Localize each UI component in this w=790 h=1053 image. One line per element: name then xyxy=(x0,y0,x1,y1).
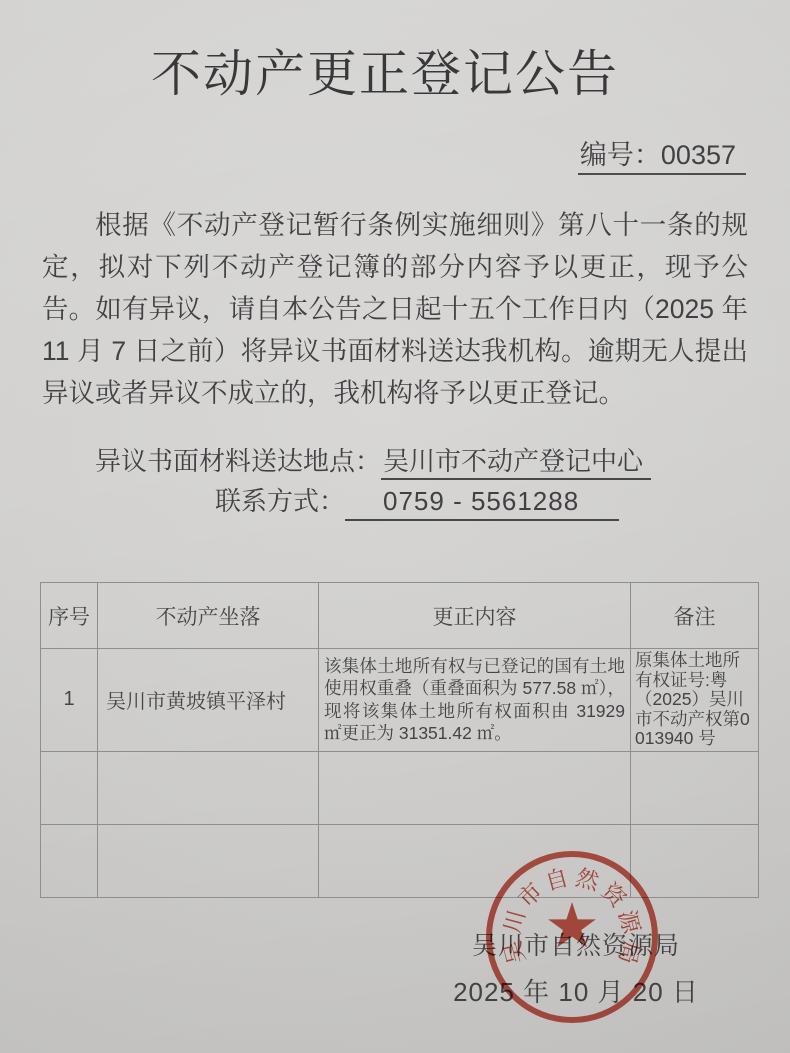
document-photo: { "page": { "title": "不动产更正登记公告", "doc_n… xyxy=(0,0,790,1053)
cell-remark xyxy=(631,824,759,897)
cell-seq xyxy=(41,824,98,897)
cell-content: 该集体土地所有权与已登记的国有土地使用权重叠（重叠面积为 577.58 ㎡），现… xyxy=(319,649,631,752)
table-row: 1 吴川市黄坡镇平泽村 该集体土地所有权与已登记的国有土地使用权重叠（重叠面积为… xyxy=(41,649,759,752)
contact-label: 联系方式： xyxy=(215,486,345,516)
seal-arc-char: 局 xyxy=(612,937,650,968)
delivery-address-value: 吴川市不动产登记中心 xyxy=(381,446,651,480)
col-header-seq: 序号 xyxy=(41,583,98,649)
seal-arc-char: 源 xyxy=(612,906,650,937)
doc-number: 编号：00357 xyxy=(578,133,746,172)
seal-arc-char: 然 xyxy=(572,859,603,897)
cell-content xyxy=(319,751,631,824)
cell-remark: 原集体土地所有权证号:粤（2025）吴川市不动产权第0013940 号 xyxy=(631,649,759,752)
seal-arc-char: 自 xyxy=(541,859,572,897)
cell-seq xyxy=(41,751,98,824)
col-header-remark: 备注 xyxy=(631,583,759,649)
cell-location xyxy=(98,751,319,824)
seal-star-icon: ★ xyxy=(544,896,600,958)
delivery-address-label: 异议书面材料送达地点： xyxy=(95,446,381,476)
seal-arc-char: 资 xyxy=(595,874,635,914)
cell-remark xyxy=(631,751,759,824)
col-header-location: 不动产坐落 xyxy=(98,583,319,649)
table-header-row: 序号 不动产坐落 更正内容 备注 xyxy=(41,583,759,649)
table-row-empty xyxy=(41,824,759,897)
table-row-empty xyxy=(41,751,759,824)
contact-line: 联系方式：0759 - 5561288 xyxy=(215,481,619,518)
announcement-body: 根据《不动产登记暂行条例实施细则》第八十一条的规定，拟对下列不动产登记簿的部分内… xyxy=(42,204,748,414)
cell-location: 吴川市黄坡镇平泽村 xyxy=(98,649,319,752)
col-header-content: 更正内容 xyxy=(319,583,631,649)
page-title: 不动产更正登记公告 xyxy=(0,34,770,106)
seal-arc-char: 川 xyxy=(494,906,532,937)
seal-arc-char: 吴 xyxy=(494,937,532,968)
doc-number-value: 编号：00357 xyxy=(578,140,746,175)
cell-seq: 1 xyxy=(41,649,98,752)
correction-table: 序号 不动产坐落 更正内容 备注 1 吴川市黄坡镇平泽村 该集体土地所有权与已登… xyxy=(40,582,759,898)
contact-phone-value: 0759 - 5561288 xyxy=(345,486,619,521)
official-seal: ★ 吴川市自然资源局 xyxy=(486,851,658,1023)
delivery-address-line: 异议书面材料送达地点：吴川市不动产登记中心 xyxy=(95,441,651,478)
cell-location xyxy=(98,824,319,897)
seal-arc-char: 市 xyxy=(509,874,549,914)
